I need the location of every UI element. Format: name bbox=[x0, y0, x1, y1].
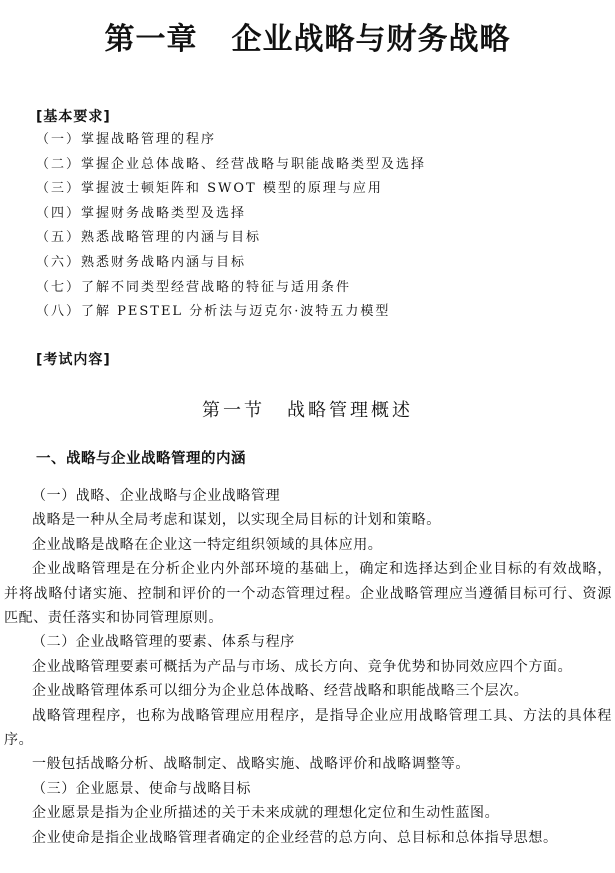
paragraph: 一般包括战略分析、战略制定、战略实施、战略评价和战略调整等。 bbox=[4, 752, 612, 776]
sub-heading: （一）战略、企业战略与企业战略管理 bbox=[4, 484, 612, 508]
body-text: （一）战略、企业战略与企业战略管理 战略是一种从全局考虑和谋划，以实现全局目标的… bbox=[4, 484, 612, 850]
chapter-title: 第一章企业战略与财务战略 bbox=[0, 14, 615, 58]
chapter-name: 企业战略与财务战略 bbox=[232, 22, 511, 57]
requirement-item: （三）掌握波士顿矩阵和 SWOT 模型的原理与应用 bbox=[36, 179, 426, 204]
section-number: 第一节 bbox=[202, 400, 265, 421]
requirement-item: （五）熟悉战略管理的内涵与目标 bbox=[36, 228, 426, 253]
requirements-heading: [基本要求] bbox=[36, 106, 111, 126]
section-name: 战略管理概述 bbox=[287, 400, 413, 421]
paragraph: 企业战略管理要素可概括为产品与市场、成长方向、竞争优势和协同效应四个方面。 bbox=[4, 655, 612, 679]
requirement-item: （一）掌握战略管理的程序 bbox=[36, 130, 426, 155]
paragraph: 企业使命是指企业战略管理者确定的企业经营的总方向、总目标和总体指导思想。 bbox=[4, 826, 612, 850]
subsection-heading: 一、战略与企业战略管理的内涵 bbox=[36, 447, 246, 468]
paragraph: 战略是一种从全局考虑和谋划，以实现全局目标的计划和策略。 bbox=[4, 508, 612, 532]
requirement-item: （二）掌握企业总体战略、经营战略与职能战略类型及选择 bbox=[36, 155, 426, 180]
requirement-item: （七）了解不同类型经营战略的特征与适用条件 bbox=[36, 278, 426, 303]
chapter-number: 第一章 bbox=[105, 22, 198, 57]
exam-content-heading: [考试内容] bbox=[36, 349, 111, 369]
sub-heading: （二）企业战略管理的要素、体系与程序 bbox=[4, 630, 612, 654]
paragraph: 战略管理程序，也称为战略管理应用程序，是指导企业应用战略管理工具、方法的具体程序… bbox=[4, 704, 612, 753]
requirement-item: （八）了解 PESTEL 分析法与迈克尔·波特五力模型 bbox=[36, 302, 426, 327]
section-title: 第一节战略管理概述 bbox=[0, 396, 615, 422]
requirement-item: （六）熟悉财务战略内涵与目标 bbox=[36, 253, 426, 278]
requirement-item: （四）掌握财务战略类型及选择 bbox=[36, 204, 426, 229]
paragraph: 企业战略是战略在企业这一特定组织领域的具体应用。 bbox=[4, 533, 612, 557]
sub-heading: （三）企业愿景、使命与战略目标 bbox=[4, 777, 612, 801]
requirements-list: （一）掌握战略管理的程序 （二）掌握企业总体战略、经营战略与职能战略类型及选择 … bbox=[36, 130, 426, 327]
paragraph: 企业愿景是指为企业所描述的关于未来成就的理想化定位和生动性蓝图。 bbox=[4, 801, 612, 825]
paragraph: 企业战略管理是在分析企业内外部环境的基础上，确定和选择达到企业目标的有效战略，并… bbox=[4, 557, 612, 630]
paragraph: 企业战略管理体系可以细分为企业总体战略、经营战略和职能战略三个层次。 bbox=[4, 679, 612, 703]
